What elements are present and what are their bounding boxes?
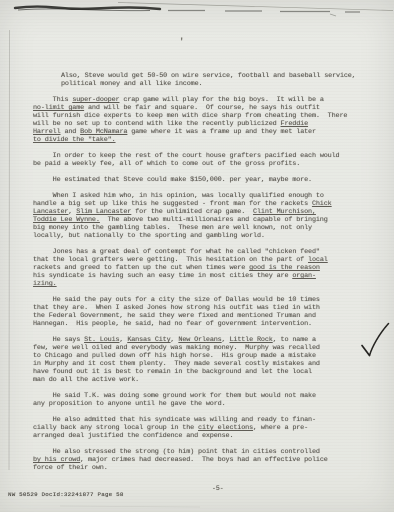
paragraph-6: Jones has a great deal of contempt for w… xyxy=(33,248,383,288)
text-run: This xyxy=(33,96,72,104)
underlined-text-run: no-limit game xyxy=(33,104,84,112)
stray-ink-mark: ' xyxy=(179,37,184,47)
underlined-text-run: St. Louis xyxy=(84,336,119,344)
underlined-text-run: New Orleans xyxy=(178,336,221,344)
text-run: Also, Steve would get 50-50 on wire serv… xyxy=(61,72,356,88)
paragraph-4: He estimated that Steve could make $150,… xyxy=(33,176,383,184)
paragraph-11: He also stressed the strong (to him) poi… xyxy=(33,448,383,472)
text-run: for the unlimited crap game. xyxy=(131,208,253,216)
paragraph-8: He says St. Louis, Kansas City, New Orle… xyxy=(33,336,383,384)
page-number: -5- xyxy=(212,485,224,492)
underlined-text-run: city elections xyxy=(198,424,253,432)
paragraph-2: This super-dooper crap game will play fo… xyxy=(33,96,383,144)
text-run: crap game will play for the big boys. It… xyxy=(119,96,323,104)
text-run: He says xyxy=(33,336,84,344)
paragraph-1: Also, Steve would get 50-50 on wire serv… xyxy=(61,72,383,88)
text-run: When I asked him who, in his opinion, wa… xyxy=(33,192,324,208)
text-run: He also stressed the strong (to him) poi… xyxy=(33,448,320,456)
paragraph-9: He said T.K. was doing some ground work … xyxy=(33,392,383,408)
paragraph-10: He also admitted that his syndicate was … xyxy=(33,416,383,440)
underlined-text-run: Little Rock xyxy=(229,336,272,344)
scanned-document-page: ' Also, Steve would get 50-50 on wire se… xyxy=(0,0,394,512)
text-run: In order to keep the rest of the court h… xyxy=(33,152,339,168)
paragraph-5: When I asked him who, in his opinion, wa… xyxy=(33,192,383,240)
text-run: Jones has a great deal of contempt for w… xyxy=(33,248,320,264)
paragraph-3: In order to keep the rest of the court h… xyxy=(33,152,383,168)
text-run: , to name a few, were well oiled and eve… xyxy=(33,336,320,384)
document-id-footer: NW 50529 DocId:32241877 Page 58 xyxy=(8,491,124,498)
text-run: He said the pay outs for a city the size… xyxy=(33,296,320,328)
underlined-text-run: by his crowd xyxy=(33,456,80,464)
text-run: He estimated that Steve could make $150,… xyxy=(33,176,312,184)
underlined-text-run: Kansas City xyxy=(127,336,170,344)
underlined-text-run: Slim Lancaster xyxy=(76,208,131,216)
underlined-text-run: super-dooper xyxy=(72,96,119,104)
paragraph-list: Also, Steve would get 50-50 on wire serv… xyxy=(33,72,383,480)
text-run: and xyxy=(61,128,81,136)
underlined-text-run: to divide the "take". xyxy=(33,136,116,144)
text-run: game where it was a frame up and they me… xyxy=(127,128,316,136)
underlined-text-run: Bob McNamara xyxy=(80,128,127,136)
underlined-text-run: good is the reason xyxy=(249,264,320,272)
text-run: his syndicate is having such an easy tim… xyxy=(33,272,292,280)
text-run: rackets and greed to fatten up the cut w… xyxy=(33,264,249,272)
underlined-text-run: local xyxy=(308,256,328,264)
text-run: He said T.K. was doing some ground work … xyxy=(33,392,316,408)
paragraph-7: He said the pay outs for a city the size… xyxy=(33,296,383,328)
